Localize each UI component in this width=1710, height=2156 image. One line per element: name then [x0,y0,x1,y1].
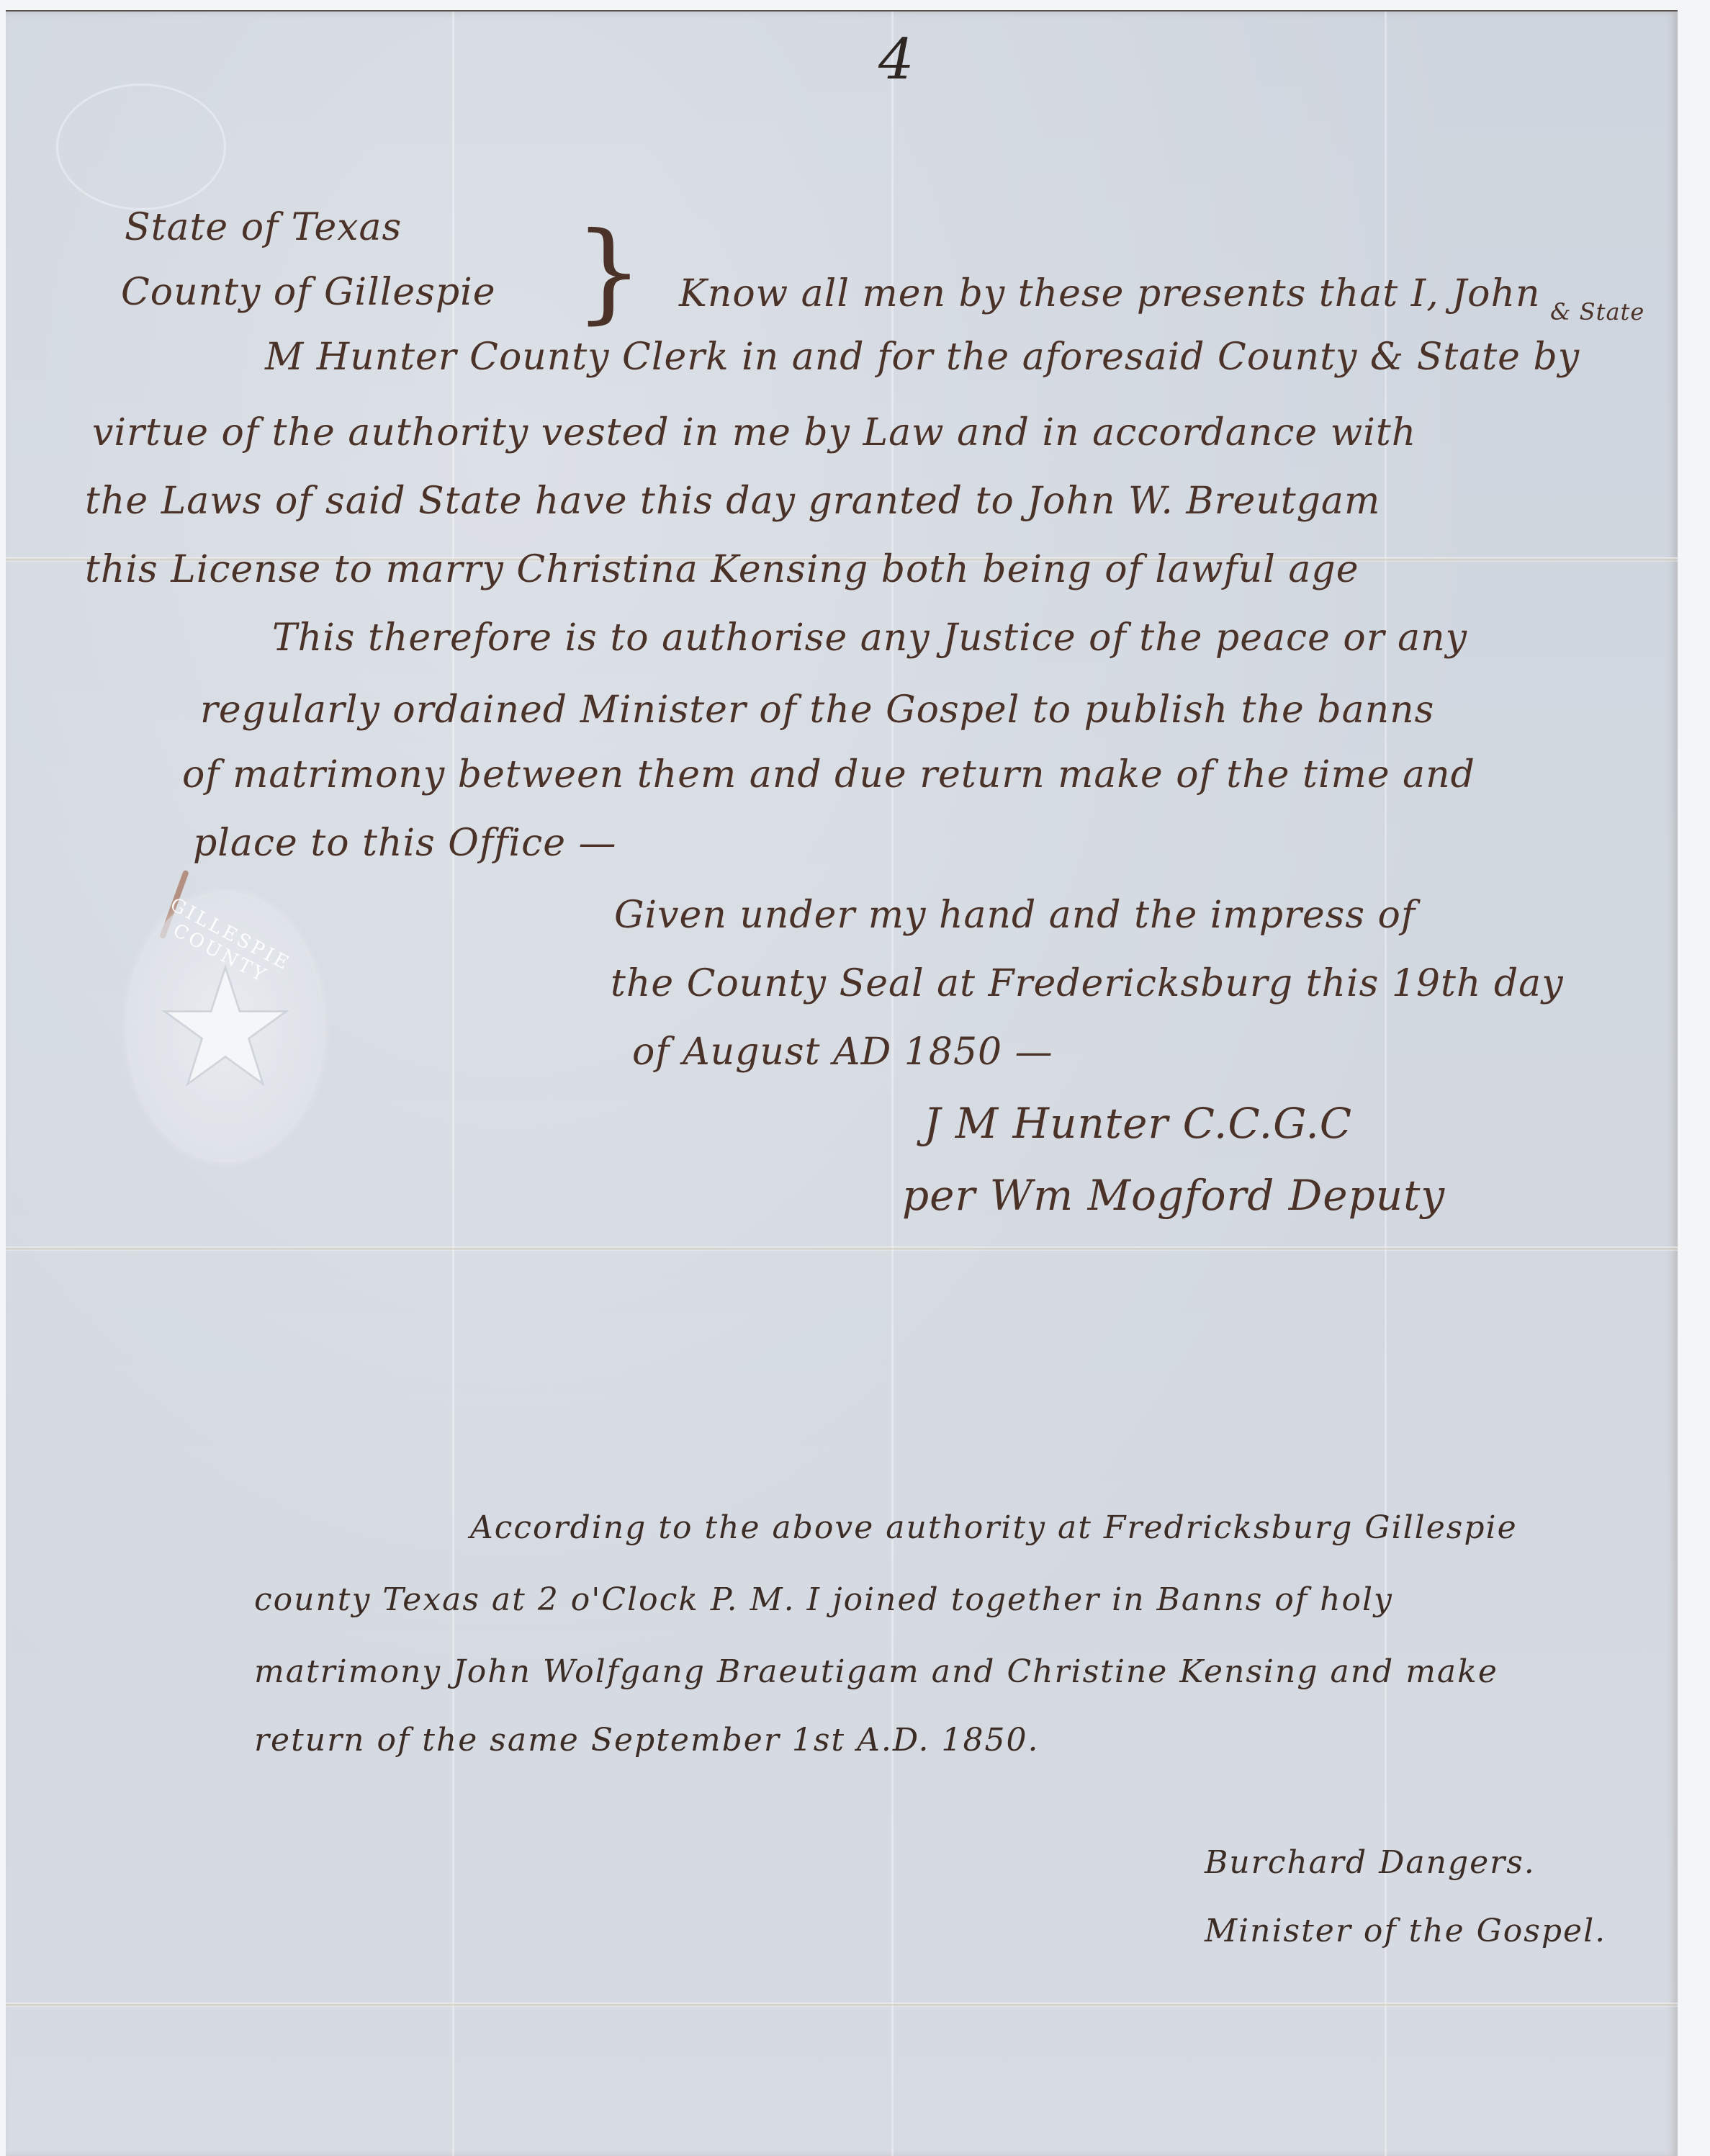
embossed-stamp-mark [56,84,226,210]
brace-icon: } [575,210,644,335]
license-line: This therefore is to authorise any Justi… [272,616,1467,660]
caption-county: County of Gillespie [121,271,496,314]
attestation-line: of August AD 1850 — [632,1030,1053,1074]
return-line: According to the above authority at Fred… [470,1509,1518,1546]
license-line: M Hunter County Clerk in and for the afo… [265,336,1580,379]
page-number: 4 [878,27,915,92]
license-line: of matrimony between them and due return… [182,753,1475,796]
license-line: this License to marry Christina Kensing … [85,548,1359,591]
caption-state: State of Texas [125,206,402,249]
document-page: 4 State of Texas County of Gillespie } K… [6,10,1678,2156]
license-line: the Laws of said State have this day gra… [85,480,1380,523]
interlineation: & State [1550,298,1644,325]
fold-line-vertical [891,12,894,2156]
fold-line-vertical [1385,12,1387,2156]
fold-line-horizontal [6,2003,1678,2007]
county-seal-emboss: GILLESPIE COUNTY [128,894,323,1160]
license-line: virtue of the authority vested in me by … [92,411,1416,454]
clerk-signature: J M Hunter C.C.G.C [924,1099,1352,1148]
star-icon [161,962,290,1092]
fold-line-vertical [452,12,454,2156]
license-line: regularly ordained Minister of the Gospe… [200,688,1434,732]
attestation-line: the County Seal at Fredericksburg this 1… [611,962,1564,1005]
attestation-line: Given under my hand and the impress of [614,894,1416,937]
fold-line-horizontal [6,1247,1678,1251]
return-line: matrimony John Wolfgang Braeutigam and C… [254,1653,1498,1690]
return-line: return of the same September 1st A.D. 18… [254,1722,1039,1759]
minister-title: Minister of the Gospel. [1205,1913,1606,1949]
return-line: county Texas at 2 o'Clock P. M. I joined… [254,1581,1393,1618]
license-line: place to this Office — [193,822,617,865]
license-line: Know all men by these presents that I, J… [679,272,1540,315]
minister-signature: Burchard Dangers. [1205,1844,1536,1881]
deputy-signature: per Wm Mogford Deputy [902,1171,1445,1220]
